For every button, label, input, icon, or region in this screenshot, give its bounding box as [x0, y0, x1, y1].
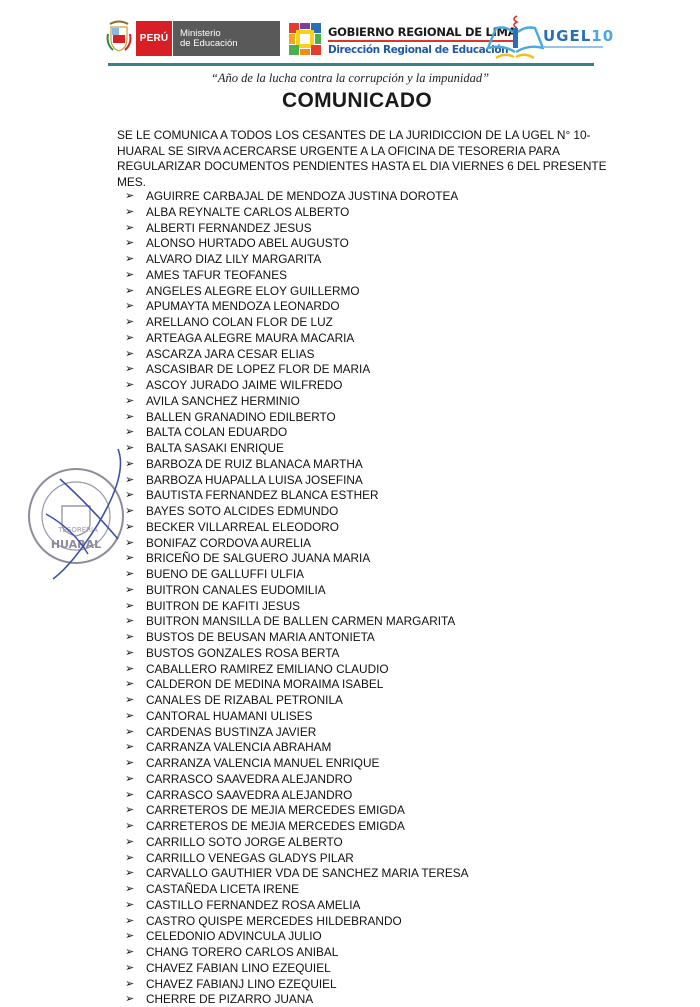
list-item: ➢BONIFAZ CORDOVA AURELIA: [125, 536, 469, 552]
arrow-bullet-icon: ➢: [125, 851, 146, 867]
arrow-bullet-icon: ➢: [125, 394, 146, 410]
list-item: ➢BECKER VILLARREAL ELEODORO: [125, 520, 469, 536]
list-item: ➢CASTAÑEDA LICETA IRENE: [125, 882, 469, 898]
list-item: ➢CARRASCO SAAVEDRA ALEJANDRO: [125, 772, 469, 788]
ugel-tagline-line: [543, 46, 603, 48]
list-item: ➢AGUIRRE CARBAJAL DE MENDOZA JUSTINA DOR…: [125, 189, 469, 205]
retiree-name: ALVARO DIAZ LILY MARGARITA: [146, 252, 321, 268]
arrow-bullet-icon: ➢: [125, 221, 146, 237]
list-item: ➢ANGELES ALEGRE ELOY GUILLERMO: [125, 284, 469, 300]
list-item: ➢CHAVEZ FABIAN LINO EZEQUIEL: [125, 961, 469, 977]
retiree-name: CHANG TORERO CARLOS ANIBAL: [146, 945, 338, 961]
retiree-name: BALLEN GRANADINO EDILBERTO: [146, 410, 336, 426]
arrow-bullet-icon: ➢: [125, 961, 146, 977]
arrow-bullet-icon: ➢: [125, 189, 146, 205]
retiree-name: CARRASCO SAAVEDRA ALEJANDRO: [146, 772, 352, 788]
retiree-name: BALTA SASAKI ENRIQUE: [146, 441, 284, 457]
list-item: ➢CARDENAS BUSTINZA JAVIER: [125, 725, 469, 741]
year-motto: “Año de la lucha contra la corrupción y …: [0, 71, 700, 86]
list-item: ➢CASTRO QUISPE MERCEDES HILDEBRANDO: [125, 914, 469, 930]
list-item: ➢BRICEÑO DE SALGUERO JUANA MARIA: [125, 551, 469, 567]
retiree-name: BUITRON MANSILLA DE BALLEN CARMEN MARGAR…: [146, 614, 455, 630]
list-item: ➢BUITRON MANSILLA DE BALLEN CARMEN MARGA…: [125, 614, 469, 630]
retiree-name: CARRILLO SOTO JORGE ALBERTO: [146, 835, 343, 851]
document-title: COMUNICADO: [0, 89, 700, 113]
arrow-bullet-icon: ➢: [125, 788, 146, 804]
retiree-name: BUITRON CANALES EUDOMILIA: [146, 583, 326, 599]
arrow-bullet-icon: ➢: [125, 252, 146, 268]
regional-government-logo-icon: [288, 22, 322, 56]
retiree-name: AMES TAFUR TEOFANES: [146, 268, 287, 284]
list-item: ➢BAUTISTA FERNANDEZ BLANCA ESTHER: [125, 488, 469, 504]
list-item: ➢CALDERON DE MEDINA MORAIMA ISABEL: [125, 677, 469, 693]
retiree-name: APUMAYTA MENDOZA LEONARDO: [146, 299, 340, 315]
retiree-name: CHERRE DE PIZARRO JUANA: [146, 992, 313, 1007]
arrow-bullet-icon: ➢: [125, 914, 146, 930]
retiree-name: CASTRO QUISPE MERCEDES HILDEBRANDO: [146, 914, 402, 930]
retiree-name: BONIFAZ CORDOVA AURELIA: [146, 536, 311, 552]
arrow-bullet-icon: ➢: [125, 614, 146, 630]
retiree-name: BALTA COLAN EDUARDO: [146, 425, 287, 441]
list-item: ➢CARRILLO SOTO JORGE ALBERTO: [125, 835, 469, 851]
retiree-name: ASCARZA JARA CESAR ELIAS: [146, 347, 315, 363]
letterhead: PERÚ Ministerio de Educación GOBIERNO RE…: [100, 14, 600, 64]
list-item: ➢ARTEAGA ALEGRE MAURA MACARIA: [125, 331, 469, 347]
retiree-name: CARDENAS BUSTINZA JAVIER: [146, 725, 316, 741]
retiree-name: CALDERON DE MEDINA MORAIMA ISABEL: [146, 677, 383, 693]
peru-brand: PERÚ: [136, 21, 172, 56]
retiree-name: BUENO DE GALLUFFI ULFIA: [146, 567, 304, 583]
list-item: ➢BUITRON DE KAFITI JESUS: [125, 599, 469, 615]
retiree-name: BAUTISTA FERNANDEZ BLANCA ESTHER: [146, 488, 379, 504]
retiree-name: ARELLANO COLAN FLOR DE LUZ: [146, 315, 333, 331]
retiree-name: ASCASIBAR DE LOPEZ FLOR DE MARIA: [146, 362, 370, 378]
list-item: ➢CHANG TORERO CARLOS ANIBAL: [125, 945, 469, 961]
list-item: ➢BALTA SASAKI ENRIQUE: [125, 441, 469, 457]
arrow-bullet-icon: ➢: [125, 866, 146, 882]
list-item: ➢CABALLERO RAMIREZ EMILIANO CLAUDIO: [125, 662, 469, 678]
list-item: ➢ALONSO HURTADO ABEL AUGUSTO: [125, 236, 469, 252]
ugel-label: UGEL: [543, 27, 591, 45]
retiree-name: CARRETEROS DE MEJIA MERCEDES EMIGDA: [146, 803, 405, 819]
retiree-name: ALONSO HURTADO ABEL AUGUSTO: [146, 236, 349, 252]
retiree-name: CELEDONIO ADVINCULA JULIO: [146, 929, 322, 945]
arrow-bullet-icon: ➢: [125, 362, 146, 378]
list-item: ➢AVILA SANCHEZ HERMINIO: [125, 394, 469, 410]
arrow-bullet-icon: ➢: [125, 205, 146, 221]
arrow-bullet-icon: ➢: [125, 693, 146, 709]
arrow-bullet-icon: ➢: [125, 662, 146, 678]
arrow-bullet-icon: ➢: [125, 236, 146, 252]
retiree-name: CARRETEROS DE MEJIA MERCEDES EMIGDA: [146, 819, 405, 835]
retiree-name: BRICEÑO DE SALGUERO JUANA MARIA: [146, 551, 370, 567]
retiree-name: AVILA SANCHEZ HERMINIO: [146, 394, 300, 410]
list-item: ➢APUMAYTA MENDOZA LEONARDO: [125, 299, 469, 315]
retiree-name: CABALLERO RAMIREZ EMILIANO CLAUDIO: [146, 662, 389, 678]
arrow-bullet-icon: ➢: [125, 378, 146, 394]
list-item: ➢CARRETEROS DE MEJIA MERCEDES EMIGDA: [125, 819, 469, 835]
list-item: ➢BUSTOS GONZALES ROSA BERTA: [125, 646, 469, 662]
retiree-name: ARTEAGA ALEGRE MAURA MACARIA: [146, 331, 354, 347]
arrow-bullet-icon: ➢: [125, 299, 146, 315]
list-item: ➢ARELLANO COLAN FLOR DE LUZ: [125, 315, 469, 331]
arrow-bullet-icon: ➢: [125, 268, 146, 284]
arrow-bullet-icon: ➢: [125, 425, 146, 441]
list-item: ➢CANALES DE RIZABAL PETRONILA: [125, 693, 469, 709]
list-item: ➢BARBOZA HUAPALLA LUISA JOSEFINA: [125, 473, 469, 489]
ministry-brand: Ministerio de Educación: [173, 21, 280, 56]
arrow-bullet-icon: ➢: [125, 756, 146, 772]
arrow-bullet-icon: ➢: [125, 709, 146, 725]
retiree-name: CHAVEZ FABIANJ LINO EZEQUIEL: [146, 977, 337, 993]
retiree-name: CARRANZA VALENCIA ABRAHAM: [146, 740, 331, 756]
arrow-bullet-icon: ➢: [125, 803, 146, 819]
retiree-name: CHAVEZ FABIAN LINO EZEQUIEL: [146, 961, 331, 977]
arrow-bullet-icon: ➢: [125, 929, 146, 945]
retiree-name: BARBOZA DE RUIZ BLANACA MARTHA: [146, 457, 363, 473]
list-item: ➢CARVALLO GAUTHIER VDA DE SANCHEZ MARIA …: [125, 866, 469, 882]
retiree-name: CARRILLO VENEGAS GLADYS PILAR: [146, 851, 354, 867]
list-item: ➢BALTA COLAN EDUARDO: [125, 425, 469, 441]
list-item: ➢ASCASIBAR DE LOPEZ FLOR DE MARIA: [125, 362, 469, 378]
arrow-bullet-icon: ➢: [125, 331, 146, 347]
arrow-bullet-icon: ➢: [125, 740, 146, 756]
ugel-number: 10: [591, 27, 614, 45]
arrow-bullet-icon: ➢: [125, 315, 146, 331]
ministry-line2: de Educación: [180, 39, 280, 49]
list-item: ➢BUITRON CANALES EUDOMILIA: [125, 583, 469, 599]
list-item: ➢ASCOY JURADO JAIME WILFREDO: [125, 378, 469, 394]
retiree-name: CASTILLO FERNANDEZ ROSA AMELIA: [146, 898, 360, 914]
treasury-seal-stamp-icon: HUARAL TESORERIA: [18, 444, 138, 589]
arrow-bullet-icon: ➢: [125, 677, 146, 693]
retiree-name: AGUIRRE CARBAJAL DE MENDOZA JUSTINA DORO…: [146, 189, 458, 205]
retiree-name: ASCOY JURADO JAIME WILFREDO: [146, 378, 342, 394]
list-item: ➢CHERRE DE PIZARRO JUANA: [125, 992, 469, 1007]
arrow-bullet-icon: ➢: [125, 992, 146, 1007]
retiree-name: BUSTOS GONZALES ROSA BERTA: [146, 646, 339, 662]
retiree-name: CARRASCO SAAVEDRA ALEJANDRO: [146, 788, 352, 804]
retiree-name: ANGELES ALEGRE ELOY GUILLERMO: [146, 284, 360, 300]
retiree-name: CASTAÑEDA LICETA IRENE: [146, 882, 299, 898]
retiree-name: CARVALLO GAUTHIER VDA DE SANCHEZ MARIA T…: [146, 866, 469, 882]
list-item: ➢BAYES SOTO ALCIDES EDMUNDO: [125, 504, 469, 520]
peru-label: PERÚ: [140, 33, 169, 44]
list-item: ➢CASTILLO FERNANDEZ ROSA AMELIA: [125, 898, 469, 914]
ugel-open-book-logo-icon: [486, 14, 544, 64]
retiree-name: ALBERTI FERNANDEZ JESUS: [146, 221, 312, 237]
arrow-bullet-icon: ➢: [125, 977, 146, 993]
list-item: ➢CANTORAL HUAMANI ULISES: [125, 709, 469, 725]
list-item: ➢AMES TAFUR TEOFANES: [125, 268, 469, 284]
arrow-bullet-icon: ➢: [125, 882, 146, 898]
list-item: ➢CARRANZA VALENCIA ABRAHAM: [125, 740, 469, 756]
ugel-wordmark: UGEL10: [543, 27, 614, 45]
retiree-name: CANTORAL HUAMANI ULISES: [146, 709, 313, 725]
list-item: ➢BUSTOS DE BEUSAN MARIA ANTONIETA: [125, 630, 469, 646]
arrow-bullet-icon: ➢: [125, 945, 146, 961]
notice-paragraph: SE LE COMUNICA A TODOS LOS CESANTES DE L…: [117, 128, 637, 190]
list-item: ➢BALLEN GRANADINO EDILBERTO: [125, 410, 469, 426]
list-item: ➢ALBERTI FERNANDEZ JESUS: [125, 221, 469, 237]
list-item: ➢ALVARO DIAZ LILY MARGARITA: [125, 252, 469, 268]
retiree-name: BARBOZA HUAPALLA LUISA JOSEFINA: [146, 473, 363, 489]
list-item: ➢CARRILLO VENEGAS GLADYS PILAR: [125, 851, 469, 867]
retiree-name: CANALES DE RIZABAL PETRONILA: [146, 693, 343, 709]
header-divider: [108, 63, 594, 66]
retiree-name: BAYES SOTO ALCIDES EDMUNDO: [146, 504, 338, 520]
list-item: ➢CELEDONIO ADVINCULA JULIO: [125, 929, 469, 945]
list-item: ➢CARRETEROS DE MEJIA MERCEDES EMIGDA: [125, 803, 469, 819]
arrow-bullet-icon: ➢: [125, 898, 146, 914]
list-item: ➢ASCARZA JARA CESAR ELIAS: [125, 347, 469, 363]
arrow-bullet-icon: ➢: [125, 599, 146, 615]
retiree-name: BUITRON DE KAFITI JESUS: [146, 599, 300, 615]
retiree-name-list: ➢AGUIRRE CARBAJAL DE MENDOZA JUSTINA DOR…: [125, 189, 469, 1007]
arrow-bullet-icon: ➢: [125, 646, 146, 662]
retiree-name: BUSTOS DE BEUSAN MARIA ANTONIETA: [146, 630, 375, 646]
arrow-bullet-icon: ➢: [125, 284, 146, 300]
arrow-bullet-icon: ➢: [125, 630, 146, 646]
list-item: ➢ALBA REYNALTE CARLOS ALBERTO: [125, 205, 469, 221]
arrow-bullet-icon: ➢: [125, 410, 146, 426]
list-item: ➢BUENO DE GALLUFFI ULFIA: [125, 567, 469, 583]
list-item: ➢CARRASCO SAAVEDRA ALEJANDRO: [125, 788, 469, 804]
stamp-bottom-text: HUARAL: [51, 538, 101, 551]
list-item: ➢CARRANZA VALENCIA MANUEL ENRIQUE: [125, 756, 469, 772]
retiree-name: ALBA REYNALTE CARLOS ALBERTO: [146, 205, 349, 221]
list-item: ➢CHAVEZ FABIANJ LINO EZEQUIEL: [125, 977, 469, 993]
retiree-name: BECKER VILLARREAL ELEODORO: [146, 520, 339, 536]
arrow-bullet-icon: ➢: [125, 347, 146, 363]
arrow-bullet-icon: ➢: [125, 835, 146, 851]
ministry-line1: Ministerio: [180, 29, 280, 39]
retiree-name: CARRANZA VALENCIA MANUEL ENRIQUE: [146, 756, 379, 772]
arrow-bullet-icon: ➢: [125, 772, 146, 788]
peru-coat-of-arms-icon: [106, 20, 132, 54]
arrow-bullet-icon: ➢: [125, 819, 146, 835]
arrow-bullet-icon: ➢: [125, 725, 146, 741]
list-item: ➢BARBOZA DE RUIZ BLANACA MARTHA: [125, 457, 469, 473]
